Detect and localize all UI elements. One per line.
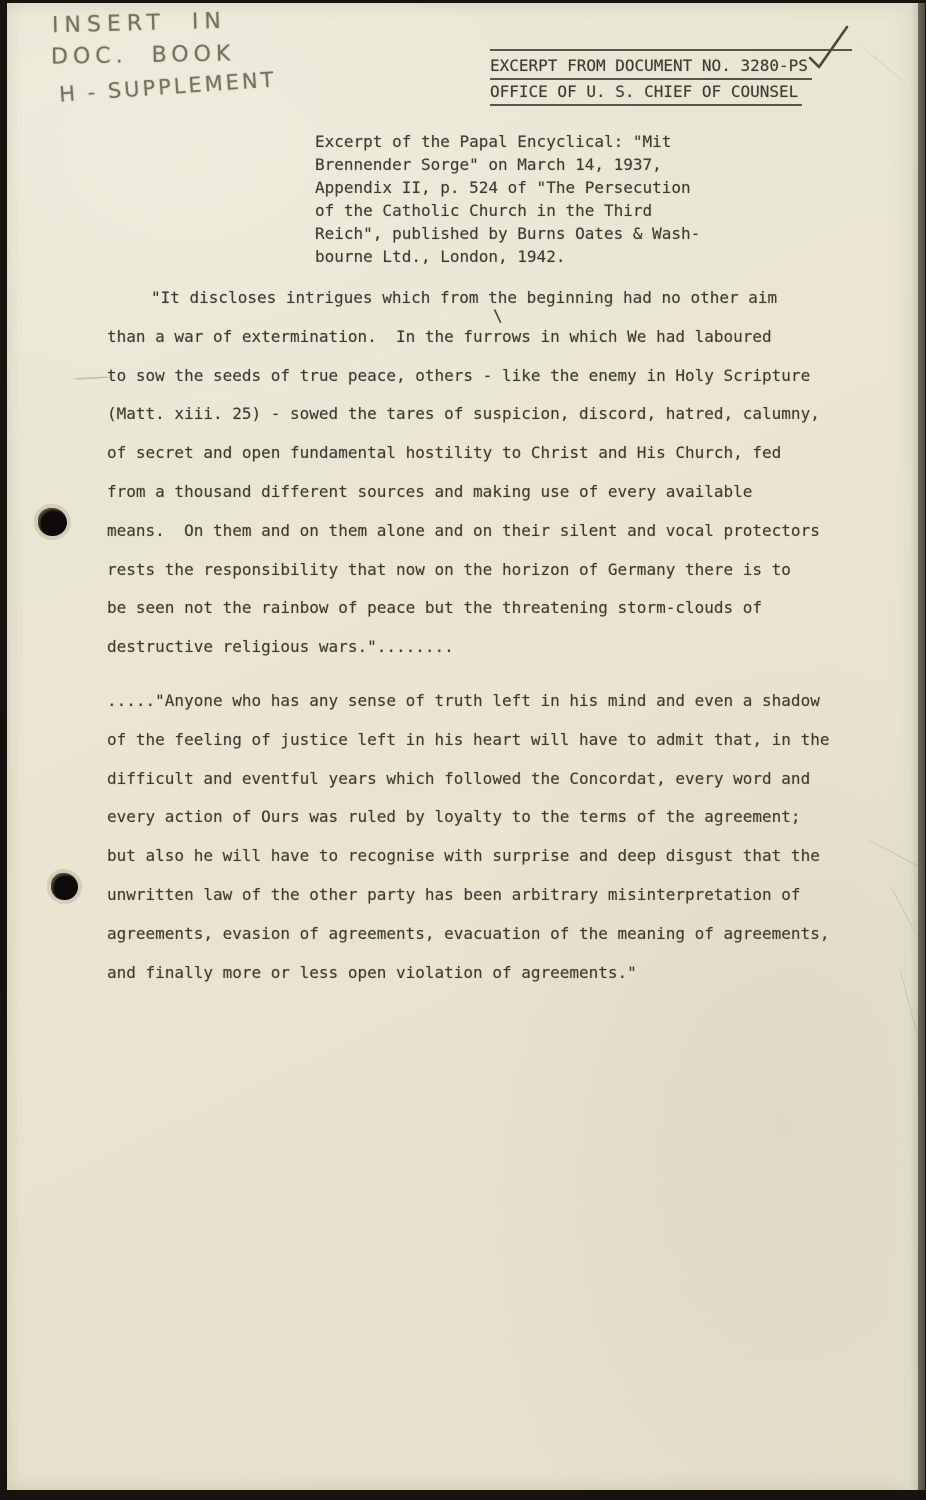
document-number-line: EXCERPT FROM DOCUMENT NO. 3280-PS (490, 54, 812, 80)
office-of-counsel-line: OFFICE OF U. S. CHIEF OF COUNSEL (490, 80, 802, 106)
handwritten-note-line: INSERT IN (52, 9, 227, 39)
hole-punch (38, 508, 67, 536)
document-page: INSERT IN DOC. BOOK H - SUPPLEMENT EXCER… (7, 3, 918, 1490)
pencil-dash-mark (73, 376, 111, 380)
citation-block: Excerpt of the Papal Encyclical: "Mit Br… (315, 130, 700, 268)
body-paragraph-2: ....."Anyone who has any sense of truth … (107, 682, 829, 992)
paper-edge-shading (887, 3, 925, 1490)
hole-punch (51, 873, 78, 900)
body-paragraph-1: "It discloses intrigues which from the b… (107, 279, 820, 667)
check-icon (807, 23, 851, 75)
scan-background: INSERT IN DOC. BOOK H - SUPPLEMENT EXCER… (0, 0, 926, 1500)
document-number-header: EXCERPT FROM DOCUMENT NO. 3280-PSOFFICE … (490, 49, 852, 106)
handwritten-note-line: DOC. BOOK (51, 41, 236, 69)
handwritten-note-line: H - SUPPLEMENT (58, 67, 277, 106)
